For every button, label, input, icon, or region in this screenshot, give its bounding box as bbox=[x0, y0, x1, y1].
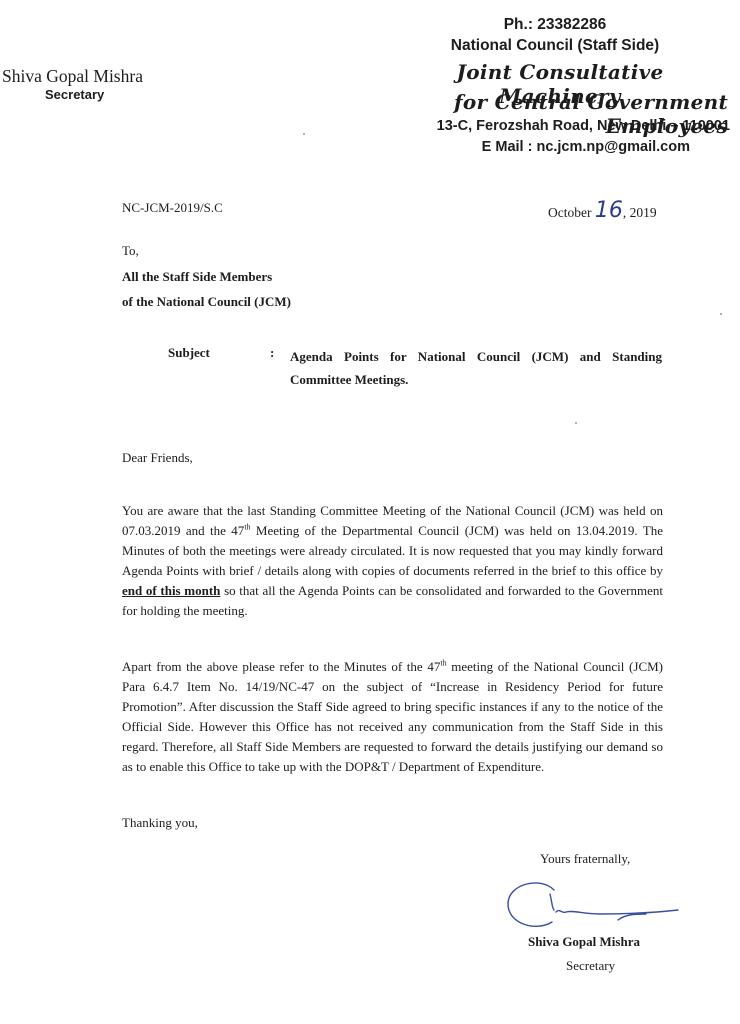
scan-speck bbox=[575, 422, 577, 424]
subject-text: Agenda Points for National Council (JCM)… bbox=[290, 345, 662, 391]
scan-speck bbox=[720, 313, 722, 315]
recipient-line2: of the National Council (JCM) bbox=[122, 294, 291, 310]
recipient-to: To, bbox=[122, 243, 139, 259]
thanks: Thanking you, bbox=[122, 815, 198, 831]
date-year: , 2019 bbox=[623, 205, 657, 220]
closing: Yours fraternally, bbox=[540, 851, 630, 867]
signature-scribble bbox=[500, 878, 680, 938]
scan-speck bbox=[303, 133, 305, 135]
letterhead-address: 13-C, Ferozshah Road, New Delhi – 110001 bbox=[400, 118, 740, 134]
date-day-handwritten: 16 bbox=[595, 198, 623, 223]
date-month: October bbox=[548, 205, 591, 220]
reference-number: NC-JCM-2019/S.C bbox=[122, 200, 223, 216]
sender-name: Shiva Gopal Mishra bbox=[2, 66, 143, 87]
sender-title: Secretary bbox=[45, 87, 104, 102]
signatory-title: Secretary bbox=[566, 958, 615, 974]
letterhead-phone: Ph.: 23382286 bbox=[400, 16, 710, 34]
body-paragraph-2: Apart from the above please refer to the… bbox=[122, 657, 663, 777]
deadline-emphasis: end of this month bbox=[122, 583, 220, 598]
subject-colon: : bbox=[270, 345, 274, 361]
recipient-line1: All the Staff Side Members bbox=[122, 269, 272, 285]
letter-date: October 16, 2019 bbox=[548, 198, 657, 223]
body-paragraph-1: You are aware that the last Standing Com… bbox=[122, 501, 663, 621]
salutation: Dear Friends, bbox=[122, 450, 193, 466]
letterhead-org: National Council (Staff Side) bbox=[400, 37, 710, 55]
subject-label: Subject bbox=[168, 345, 210, 361]
letterhead-email: E Mail : nc.jcm.np@gmail.com bbox=[400, 139, 690, 155]
signatory-name: Shiva Gopal Mishra bbox=[528, 934, 640, 950]
